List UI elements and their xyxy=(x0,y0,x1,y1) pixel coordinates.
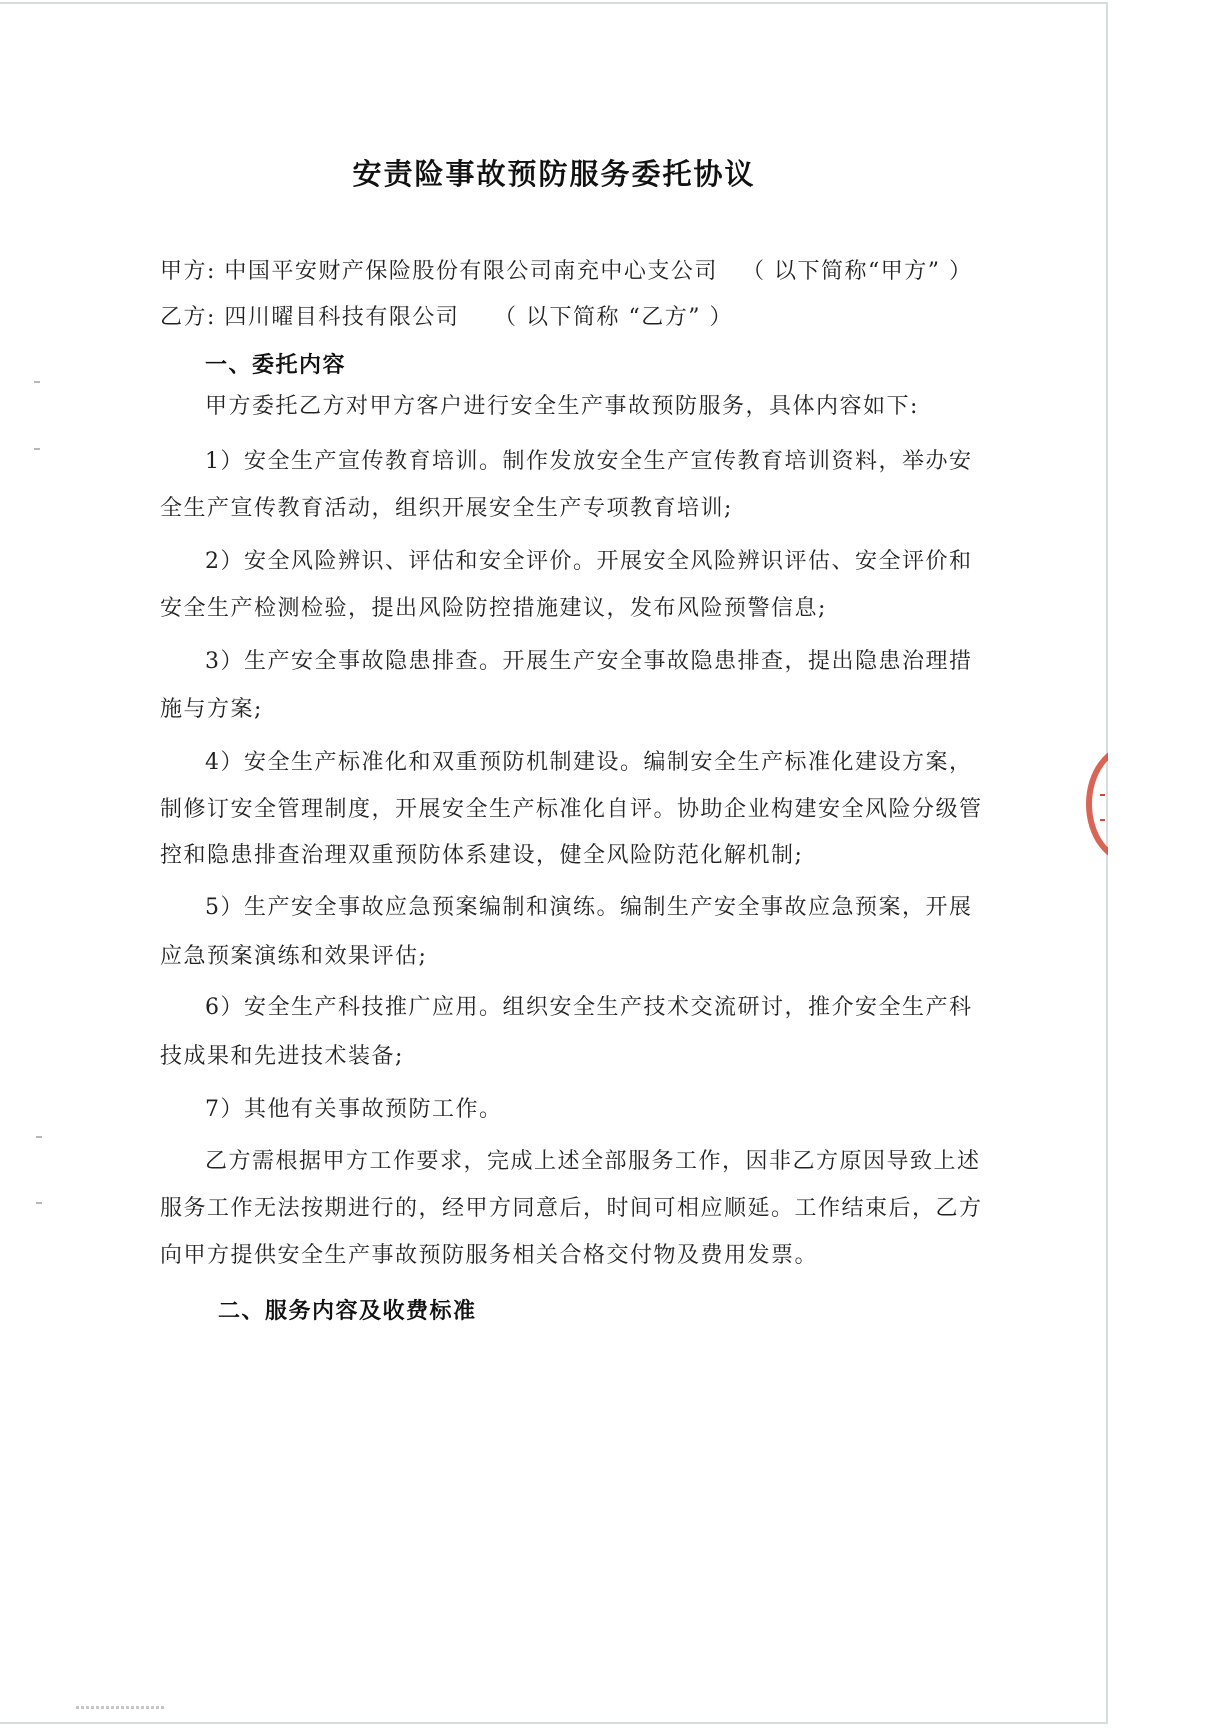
item-5-line-1: 5）生产安全事故应急预案编制和演练。编制生产安全事故应急预案，开展 xyxy=(205,890,973,921)
party-a-alias: （ 以下简称“甲方” ） xyxy=(742,254,972,285)
seal-mark xyxy=(1100,794,1105,796)
section-1-heading: 一、委托内容 xyxy=(205,348,346,379)
party-a-name: 中国平安财产保险股份有限公司南充中心支公司 xyxy=(224,259,718,284)
document-title: 安责险事故预防服务委托协议 xyxy=(0,152,1108,193)
closing-line-3: 向甲方提供安全生产事故预防服务相关合格交付物及费用发票。 xyxy=(160,1238,818,1269)
section-1-intro: 甲方委托乙方对甲方客户进行安全生产事故预防服务，具体内容如下: xyxy=(205,389,919,420)
scan-speck xyxy=(34,381,40,383)
item-6-line-1: 6）安全生产科技推广应用。组织安全生产技术交流研讨，推介安全生产科 xyxy=(205,990,973,1021)
party-b-alias: （ 以下简称 “乙方” ） xyxy=(494,300,733,331)
closing-line-2: 服务工作无法按期进行的，经甲方同意后，时间可相应顺延。工作结束后，乙方 xyxy=(160,1191,983,1222)
item-1-line-2: 全生产宣传教育活动，组织开展安全生产专项教育培训; xyxy=(160,491,733,522)
scan-speck xyxy=(34,448,40,450)
item-5-line-2: 应急预案演练和效果评估; xyxy=(160,939,427,970)
section-2-heading: 二、服务内容及收费标准 xyxy=(218,1294,477,1325)
party-b-label: 乙方: xyxy=(160,300,216,331)
closing-line-1: 乙方需根据甲方工作要求，完成上述全部服务工作，因非乙方原因导致上述 xyxy=(205,1144,981,1175)
item-7-line-1: 7）其他有关事故预防工作。 xyxy=(205,1092,503,1123)
item-4-line-3: 控和隐患排查治理双重预防体系建设，健全风险防范化解机制; xyxy=(160,838,803,869)
party-b-line: 乙方: 四川曜目科技有限公司 xyxy=(160,300,459,331)
item-4-line-2: 制修订安全管理制度，开展安全生产标准化自评。协助企业构建安全风险分级管 xyxy=(160,792,983,823)
document-page: 安责险事故预防服务委托协议 甲方: 中国平安财产保险股份有限公司南充中心支公司 … xyxy=(0,2,1108,1724)
seal-mark xyxy=(1100,819,1105,821)
party-a-label: 甲方: xyxy=(160,254,216,285)
item-3-line-2: 施与方案; xyxy=(160,692,263,723)
item-4-line-1: 4）安全生产标准化和双重预防机制建设。编制安全生产标准化建设方案， xyxy=(205,745,973,776)
item-2-line-1: 2）安全风险辨识、评估和安全评价。开展安全风险辨识评估、安全评价和 xyxy=(205,544,973,575)
item-2-line-2: 安全生产检测检验，提出风险防控措施建议，发布风险预警信息; xyxy=(160,591,827,622)
party-b-name: 四川曜目科技有限公司 xyxy=(224,305,459,330)
item-3-line-1: 3）生产安全事故隐患排查。开展生产安全事故隐患排查，提出隐患治理措 xyxy=(205,644,973,675)
party-a-line: 甲方: 中国平安财产保险股份有限公司南充中心支公司 xyxy=(160,254,718,285)
item-1-line-1: 1）安全生产宣传教育培训。制作发放安全生产宣传教育培训资料，举办安 xyxy=(205,444,973,475)
scan-speck xyxy=(36,1202,42,1204)
scan-speck xyxy=(36,1136,42,1138)
footer-print-mark xyxy=(76,1706,164,1709)
item-6-line-2: 技成果和先进技术装备; xyxy=(160,1039,404,1070)
